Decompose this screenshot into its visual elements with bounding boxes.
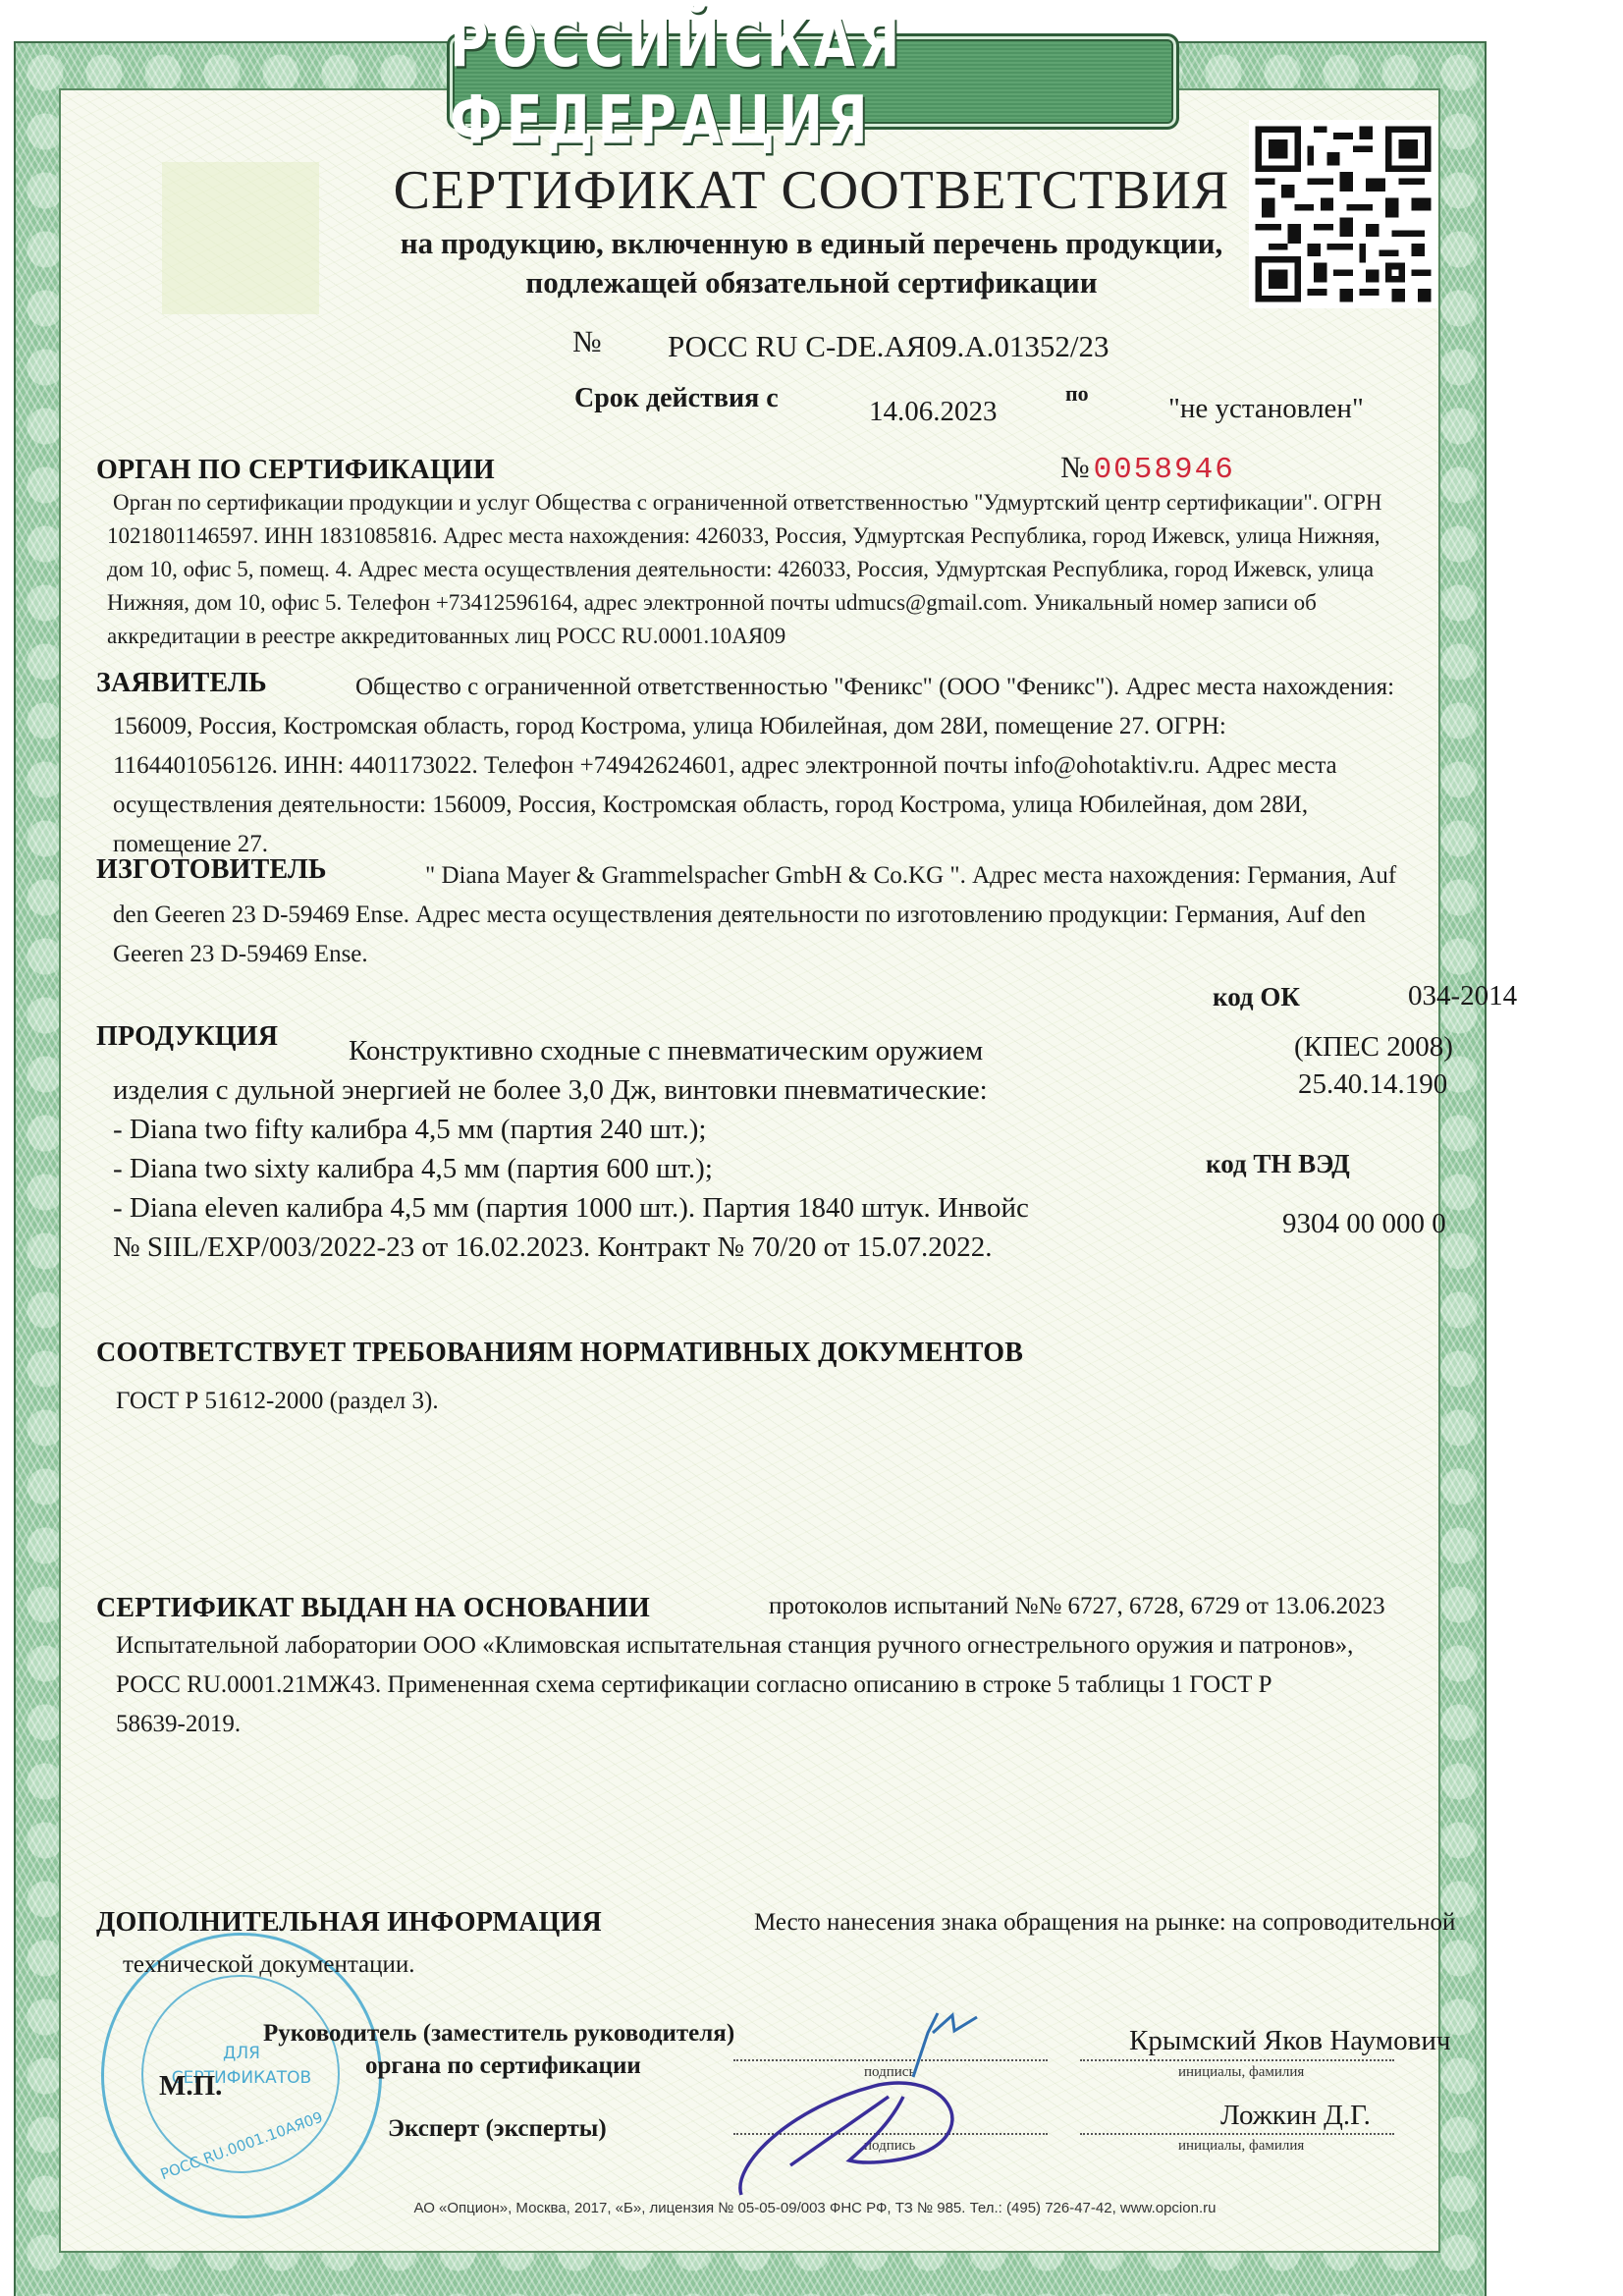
additional-info-heading: ДОПОЛНИТЕЛЬНАЯ ИНФОРМАЦИЯ (96, 1907, 602, 1939)
text-line: № SIIL/EXP/003/2022-23 от 16.02.2023. Ко… (113, 1228, 1193, 1267)
seal-placement-label: М.П. (159, 2070, 222, 2103)
expert-name-caption: инициалы, фамилия (1178, 2138, 1304, 2155)
text-line: аккредитации в реестре аккредитованных л… (107, 620, 1527, 653)
text-line: " Diana Mayer & Grammelspacher GmbH & Co… (113, 856, 1527, 896)
text-line: 156009, Россия, Костромская область, гор… (113, 707, 1527, 746)
head-label-line2: органа по сертификации (365, 2052, 641, 2080)
certification-body-heading: ОРГАН ПО СЕРТИФИКАЦИИ (96, 455, 495, 486)
form-number-value: 0058946 (1094, 453, 1235, 487)
head-label-line1: Руководитель (заместитель руководителя) (263, 2020, 734, 2048)
number-label: № (572, 324, 602, 359)
head-name-line (1080, 2059, 1394, 2061)
text-line: Орган по сертификации продукции и услуг … (113, 486, 1527, 519)
expert-signature-icon (731, 2067, 997, 2200)
additional-info-line2: технической документации. (123, 1951, 415, 1979)
certificate-subtitle-line2: подлежащей обязательной сертификации (0, 265, 1623, 301)
certificate-number: РОСС RU C-DE.АЯ09.А.01352/23 (668, 329, 1109, 364)
applicant-text: Общество с ограниченной ответственностью… (113, 668, 1527, 864)
text-line: - Diana two sixty калибра 4,5 мм (партия… (113, 1149, 1193, 1188)
form-number: № 0058946 (1060, 450, 1235, 487)
text-line: Конструктивно сходные с пневматическим о… (113, 1031, 1193, 1070)
conformity-heading: СООТВЕТСТВУЕТ ТРЕБОВАНИЯМ НОРМАТИВНЫХ ДО… (96, 1338, 1023, 1369)
text-line: Geeren 23 D-59469 Ense. (113, 935, 1527, 974)
manufacturer-text: " Diana Mayer & Grammelspacher GmbH & Co… (113, 856, 1527, 974)
validity-to-label: по (1065, 381, 1089, 407)
tnved-code-label: код ТН ВЭД (1206, 1149, 1350, 1179)
text-line: 58639-2019. (116, 1705, 1510, 1744)
basis-heading: СЕРТИФИКАТ ВЫДАН НА ОСНОВАНИИ (96, 1593, 650, 1624)
text-line: изделия с дульной энергией не более 3,0 … (113, 1070, 1193, 1110)
expert-name-line (1080, 2133, 1394, 2135)
form-number-label: № (1060, 450, 1090, 484)
certification-body-text: Орган по сертификации продукции и услуг … (113, 486, 1527, 653)
printer-imprint: АО «Опцион», Москва, 2017, «Б», лицензия… (334, 2200, 1296, 2216)
conformity-standard: ГОСТ Р 51612-2000 (раздел 3). (116, 1388, 439, 1415)
country-banner: РОССИЙСКАЯ ФЕДЕРАЦИЯ (447, 33, 1179, 130)
text-line: Общество с ограниченной ответственностью… (113, 668, 1527, 707)
validity-label: Срок действия с (574, 383, 779, 414)
seal-center-line2: СЕРТИФИКАТОВ (104, 2068, 379, 2088)
ok-code-label: код ОК (1213, 982, 1300, 1012)
country-banner-text: РОССИЙСКАЯ ФЕДЕРАЦИЯ (450, 4, 1176, 159)
text-line: Испытательной лаборатории ООО «Климовска… (116, 1626, 1510, 1666)
head-name: Крымский Яков Наумович (1129, 2025, 1450, 2057)
text-line: den Geeren 23 D-59469 Ense. Адрес места … (113, 896, 1527, 935)
text-line: 1164401056126. ИНН: 4401173022. Телефон … (113, 746, 1527, 786)
ok-code-value: 25.40.14.190 (1298, 1068, 1447, 1101)
basis-first-line: протоколов испытаний №№ 6727, 6728, 6729… (769, 1593, 1385, 1620)
expert-label: Эксперт (эксперты) (388, 2115, 607, 2143)
expert-name: Ложкин Д.Г. (1220, 2100, 1371, 2132)
certificate-subtitle-line1: на продукцию, включенную в единый перече… (0, 226, 1623, 261)
tnved-code-value: 9304 00 000 0 (1282, 1208, 1446, 1240)
additional-info-line1: Место нанесения знака обращения на рынке… (754, 1909, 1455, 1937)
text-line: - Diana two fifty калибра 4,5 мм (партия… (113, 1110, 1193, 1149)
ok-code-kpes: (КПЕС 2008) (1294, 1031, 1453, 1064)
text-line: осуществления деятельности: 156009, Росс… (113, 786, 1527, 825)
text-line: Нижняя, дом 10, офис 5. Телефон +7341259… (107, 586, 1527, 620)
text-line: 1021801146597. ИНН 1831085816. Адрес мес… (107, 519, 1527, 553)
text-line: дом 10, офис 5, помещ. 4. Адрес места ос… (107, 553, 1527, 586)
product-text: Конструктивно сходные с пневматическим о… (113, 1031, 1193, 1267)
text-line: РОСС RU.0001.21МЖ43. Примененная схема с… (116, 1666, 1510, 1705)
ok-code-standard: 034-2014 (1408, 980, 1517, 1012)
valid-to-value: "не установлен" (1168, 393, 1364, 425)
valid-from-date: 14.06.2023 (869, 396, 998, 428)
certificate-title: СЕРТИФИКАТ СООТВЕТСТВИЯ (0, 159, 1623, 222)
head-name-caption: инициалы, фамилия (1178, 2064, 1304, 2081)
basis-text: Испытательной лаборатории ООО «Климовска… (116, 1626, 1510, 1744)
text-line: - Diana eleven калибра 4,5 мм (партия 10… (113, 1188, 1193, 1228)
